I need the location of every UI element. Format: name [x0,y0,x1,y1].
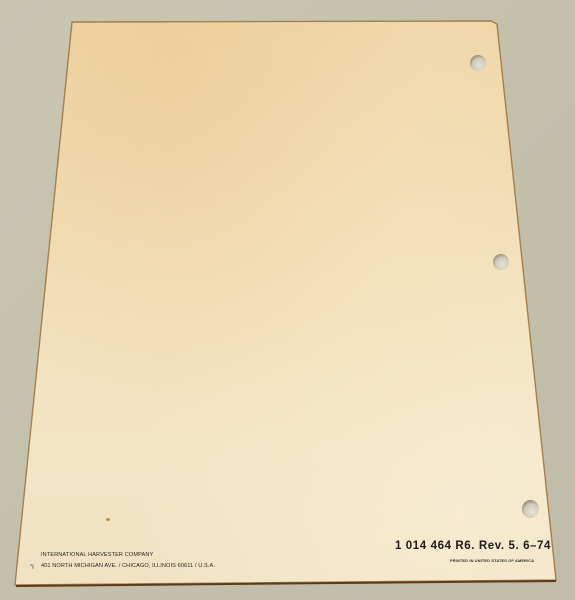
paper-stain [106,518,110,521]
binder-hole-top [470,55,486,71]
binder-hole-bottom [522,500,539,518]
printed-in-note: PRINTED IN UNITED STATES OF AMERICA [450,559,534,563]
back-cover-sheet [0,0,575,600]
photo: INTERNATIONAL HARVESTER COMPANY "I 401 N… [0,0,575,600]
form-number: 1 014 464 R6. Rev. 5. 6–74 [395,540,551,552]
binder-hole-middle [493,254,509,270]
company-name: INTERNATIONAL HARVESTER COMPANY [41,552,153,558]
company-address: 401 NORTH MICHIGAN AVE. / CHICAGO, ILLIN… [41,563,215,569]
corner-mark: "I [30,565,34,571]
